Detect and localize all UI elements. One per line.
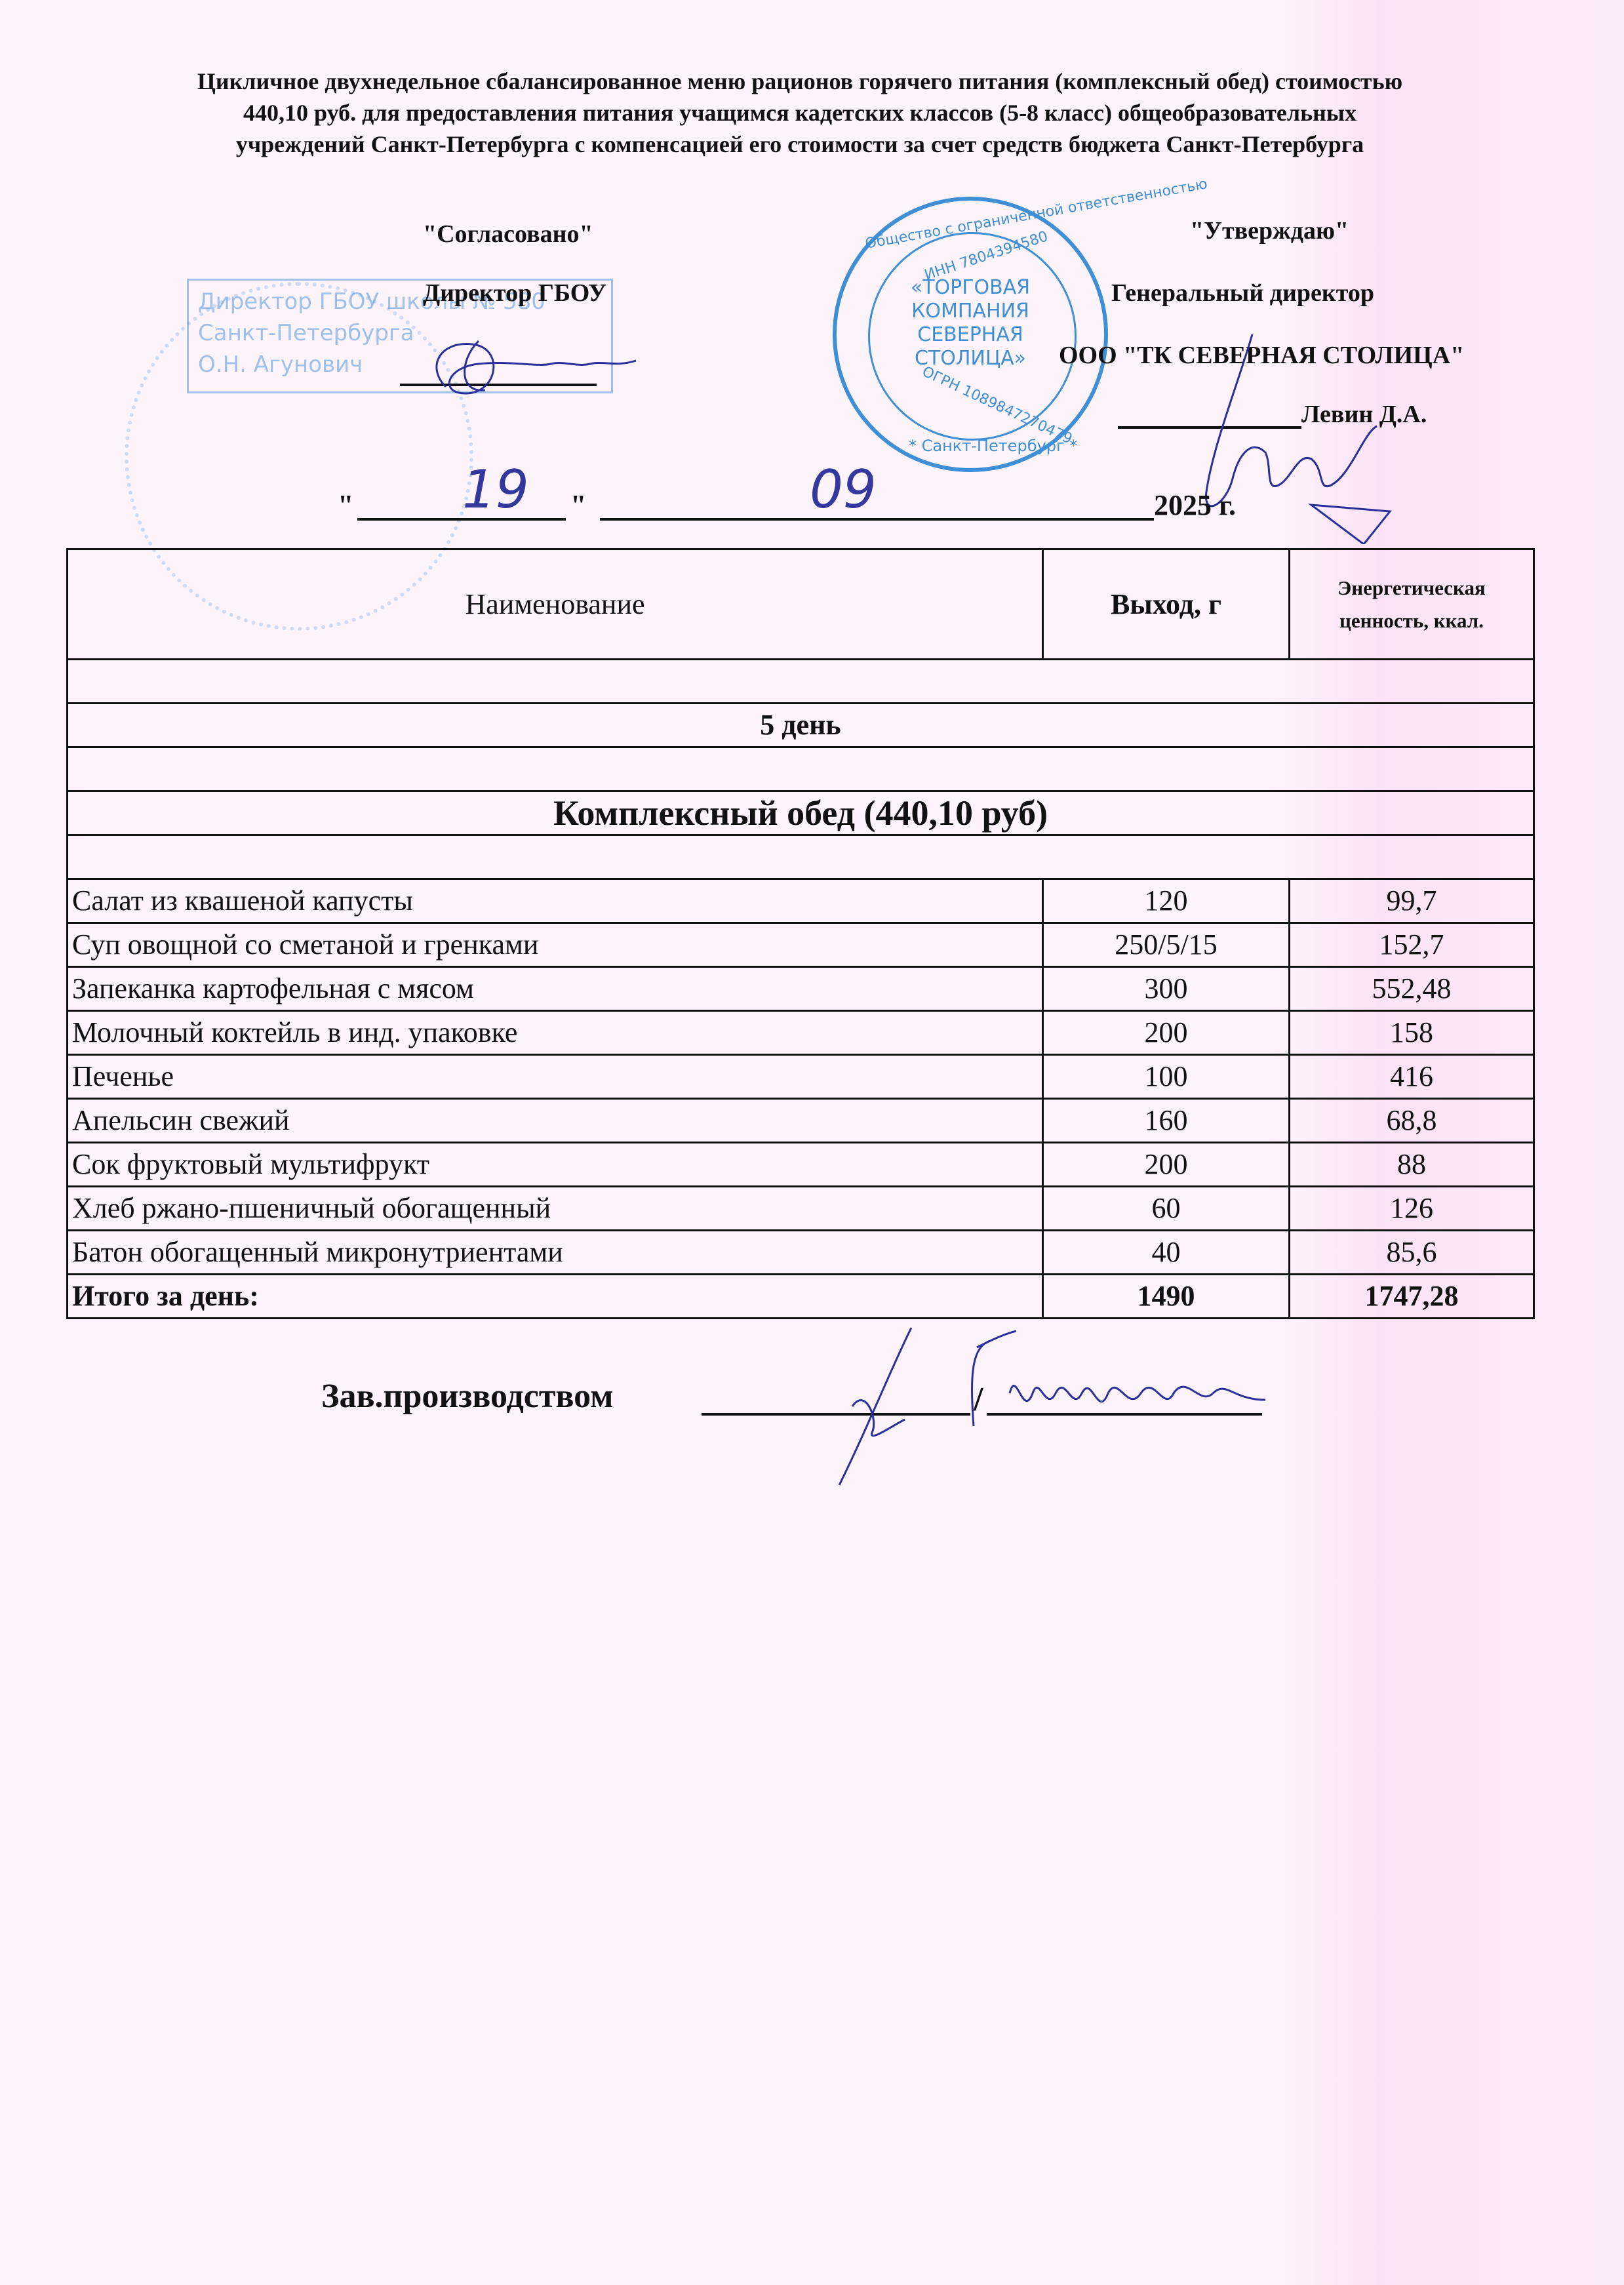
company-round-stamp: Общество с ограниченной ответственностью… bbox=[833, 197, 1108, 472]
blank-row bbox=[68, 660, 1534, 704]
table-header-row: Наименование Выход, г Энергетическая цен… bbox=[68, 549, 1534, 660]
dish-name: Суп овощной со сметаной и гренками bbox=[68, 923, 1043, 967]
table-row: Запеканка картофельная с мясом300552,48 bbox=[68, 967, 1534, 1011]
dish-energy: 416 bbox=[1290, 1055, 1534, 1099]
blank-cell bbox=[68, 747, 1534, 791]
agreed-heading: "Согласовано" bbox=[423, 220, 593, 248]
header-energy-line-1: Энергетическая bbox=[1294, 572, 1529, 605]
table-row: Батон обогащенный микронутриентами4085,6 bbox=[68, 1231, 1534, 1275]
table-row: Печенье100416 bbox=[68, 1055, 1534, 1099]
approved-position: Генеральный директор bbox=[1111, 279, 1374, 308]
blank-row bbox=[68, 747, 1534, 791]
dish-yield: 60 bbox=[1043, 1187, 1290, 1231]
date-year: 2025 г. bbox=[1154, 488, 1236, 522]
dish-name: Батон обогащенный микронутриентами bbox=[68, 1231, 1043, 1275]
date-day-line bbox=[357, 518, 566, 521]
dish-yield: 120 bbox=[1043, 879, 1290, 923]
table-row: Апельсин свежий16068,8 bbox=[68, 1099, 1534, 1143]
blank-cell bbox=[68, 835, 1534, 879]
dish-energy: 68,8 bbox=[1290, 1099, 1534, 1143]
title-line-1: Цикличное двухнедельное сбалансированное… bbox=[66, 66, 1534, 97]
dish-yield: 250/5/15 bbox=[1043, 923, 1290, 967]
agreed-position: Директор ГБОУ bbox=[423, 279, 606, 308]
document-title: Цикличное двухнедельное сбалансированное… bbox=[66, 66, 1534, 160]
approved-heading: "Утверждаю" bbox=[1190, 216, 1349, 245]
date-open-quote: " bbox=[338, 488, 353, 522]
dish-yield: 160 bbox=[1043, 1099, 1290, 1143]
dish-name: Апельсин свежий bbox=[68, 1099, 1043, 1143]
header-energy-line-2: ценность, ккал. bbox=[1294, 605, 1529, 637]
table-row: Молочный коктейль в инд. упаковке200158 bbox=[68, 1011, 1534, 1055]
date-month-line bbox=[600, 518, 1154, 521]
day-label: 5 день bbox=[68, 704, 1534, 747]
meal-label: Комплексный обед (440,10 руб) bbox=[68, 791, 1534, 835]
dish-name: Запеканка картофельная с мясом bbox=[68, 967, 1043, 1011]
total-row: Итого за день: 1490 1747,28 bbox=[68, 1275, 1534, 1319]
dish-name: Молочный коктейль в инд. упаковке bbox=[68, 1011, 1043, 1055]
meal-row: Комплексный обед (440,10 руб) bbox=[68, 791, 1534, 835]
director-signature bbox=[420, 328, 643, 407]
table-row: Суп овощной со сметаной и гренками250/5/… bbox=[68, 923, 1534, 967]
production-manager-signature bbox=[806, 1328, 1396, 1492]
dish-yield: 40 bbox=[1043, 1231, 1290, 1275]
day-row: 5 день bbox=[68, 704, 1534, 747]
dish-energy: 158 bbox=[1290, 1011, 1534, 1055]
dish-yield: 200 bbox=[1043, 1143, 1290, 1187]
dish-yield: 200 bbox=[1043, 1011, 1290, 1055]
production-manager-label: Зав.производством bbox=[321, 1377, 614, 1416]
dish-name: Сок фруктовый мультифрукт bbox=[68, 1143, 1043, 1187]
total-energy: 1747,28 bbox=[1290, 1275, 1534, 1319]
total-yield: 1490 bbox=[1043, 1275, 1290, 1319]
dish-energy: 552,48 bbox=[1290, 967, 1534, 1011]
dish-energy: 88 bbox=[1290, 1143, 1534, 1187]
table-row: Салат из квашеной капусты12099,7 bbox=[68, 879, 1534, 923]
dish-yield: 100 bbox=[1043, 1055, 1290, 1099]
header-energy: Энергетическая ценность, ккал. bbox=[1290, 549, 1534, 660]
stamp-center-line: «ТОРГОВАЯ bbox=[837, 276, 1104, 300]
dish-name: Хлеб ржано-пшеничный обогащенный bbox=[68, 1187, 1043, 1231]
dish-energy: 126 bbox=[1290, 1187, 1534, 1231]
table-row: Сок фруктовый мультифрукт20088 bbox=[68, 1143, 1534, 1187]
title-line-2: 440,10 руб. для предоставления питания у… bbox=[66, 97, 1534, 129]
stamp-center-line: КОМПАНИЯ bbox=[837, 300, 1104, 323]
total-label: Итого за день: bbox=[68, 1275, 1043, 1319]
stamp-city: * Санкт-Петербург * bbox=[909, 437, 1077, 455]
table-row: Хлеб ржано-пшеничный обогащенный60126 bbox=[68, 1187, 1534, 1231]
dish-energy: 85,6 bbox=[1290, 1231, 1534, 1275]
header-yield: Выход, г bbox=[1043, 549, 1290, 660]
dish-energy: 99,7 bbox=[1290, 879, 1534, 923]
dish-energy: 152,7 bbox=[1290, 923, 1534, 967]
dish-yield: 300 bbox=[1043, 967, 1290, 1011]
dish-name: Печенье bbox=[68, 1055, 1043, 1099]
menu-table: Наименование Выход, г Энергетическая цен… bbox=[66, 548, 1535, 1319]
blank-cell bbox=[68, 660, 1534, 704]
date-month: 09 bbox=[810, 459, 877, 520]
blank-row bbox=[68, 835, 1534, 879]
date-close-quote: " bbox=[570, 488, 586, 522]
header-name: Наименование bbox=[68, 549, 1043, 660]
dish-name: Салат из квашеной капусты bbox=[68, 879, 1043, 923]
date-day: 19 bbox=[462, 459, 529, 520]
title-line-3: учреждений Санкт-Петербурга с компенсаци… bbox=[66, 129, 1534, 160]
